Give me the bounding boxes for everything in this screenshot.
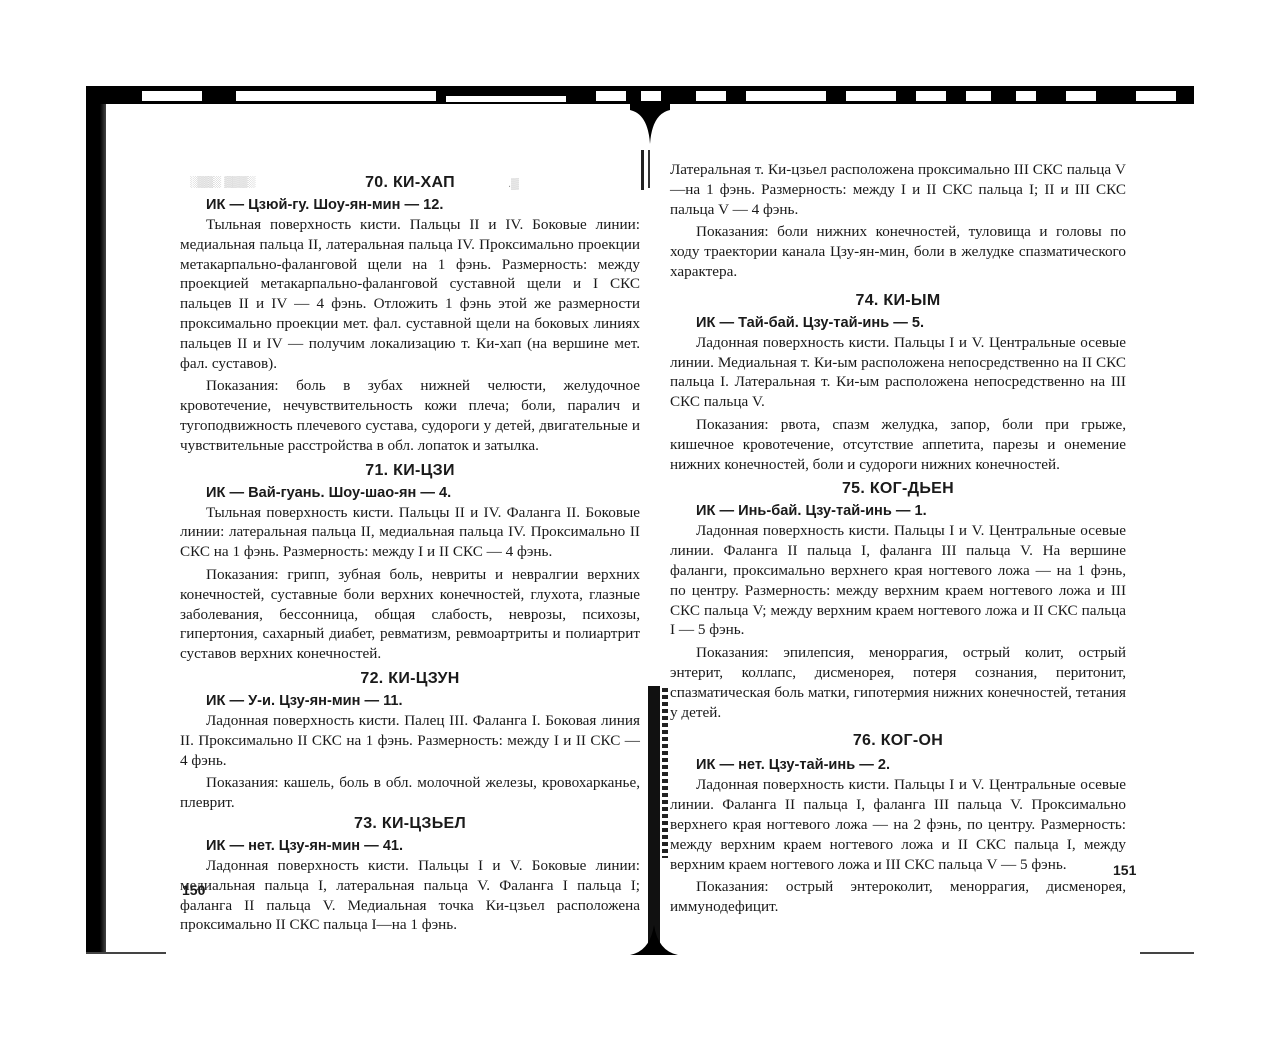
indications-paragraph: Показания: грипп, зубная боль, невриты и… — [180, 565, 640, 664]
scan-bottom-edge — [1140, 952, 1194, 954]
section-74: 74. КИ-ЫМ ИК — Тай-бай. Цзу-тай-инь — 5.… — [670, 290, 1126, 475]
ik-line: ИК — Вай-гуань. Шоу-шао-ян — 4. — [206, 484, 640, 503]
continuation-73: Латеральная т. Ки-цзьел расположена прок… — [670, 160, 1126, 282]
description-paragraph: Ладонная поверхность кисти. Пальцы I и V… — [670, 521, 1126, 640]
description-paragraph: Ладонная поверхность кисти. Пальцы I и V… — [180, 856, 640, 935]
section-73: 73. КИ-ЦЗЬЕЛ ИК — нет. Цзу-ян-мин — 41. … — [180, 813, 640, 935]
scan-left-border — [86, 104, 106, 954]
ik-line: ИК — У-и. Цзу-ян-мин — 11. — [206, 692, 640, 711]
spine-curve-top — [630, 104, 670, 144]
section-70: 70. КИ-ХАП ИК — Цзюй-гу. Шоу-ян-мин — 12… — [180, 172, 640, 456]
description-paragraph: Ладонная поверхность кисти. Палец III. Ф… — [180, 711, 640, 770]
section-title: 71. КИ-ЦЗИ — [180, 460, 640, 482]
section-76: 76. КОГ-ОН ИК — нет. Цзу-тай-инь — 2. Ла… — [670, 730, 1126, 917]
section-title: 75. КОГ-ДЬЕН — [670, 478, 1126, 500]
section-title: 70. КИ-ХАП — [180, 172, 640, 194]
indications-paragraph: Показания: рвота, спазм желудка, запор, … — [670, 415, 1126, 474]
section-75: 75. КОГ-ДЬЕН ИК — Инь-бай. Цзу-тай-инь —… — [670, 478, 1126, 722]
description-paragraph: Тыльная поверхность кисти. Пальцы II и I… — [180, 215, 640, 373]
spine-mark — [648, 150, 650, 188]
section-72: 72. КИ-ЦЗУН ИК — У-и. Цзу-ян-мин — 11. Л… — [180, 668, 640, 813]
ik-line: ИК — Тай-бай. Цзу-тай-инь — 5. — [696, 314, 1126, 333]
ik-line: ИК — Цзюй-гу. Шоу-ян-мин — 12. — [206, 196, 640, 215]
indications-paragraph: Показания: острый энтероколит, менорраги… — [670, 877, 1126, 917]
book-spine-shadow — [648, 686, 660, 954]
indications-paragraph: Показания: кашель, боль в обл. молочной … — [180, 773, 640, 813]
right-page: Латеральная т. Ки-цзьел расположена прок… — [670, 160, 1126, 917]
description-paragraph: Ладонная поверхность кисти. Пальцы I и V… — [670, 775, 1126, 874]
ik-line: ИК — нет. Цзу-ян-мин — 41. — [206, 837, 640, 856]
section-title: 72. КИ-ЦЗУН — [180, 668, 640, 690]
indications-paragraph: Показания: боли нижних конечностей, туло… — [670, 222, 1126, 281]
ik-line: ИК — нет. Цзу-тай-инь — 2. — [696, 756, 1126, 775]
ik-line: ИК — Инь-бай. Цзу-тай-инь — 1. — [696, 502, 1126, 521]
spine-mark — [641, 150, 644, 190]
scan-top-border — [86, 86, 1194, 104]
page-number-right: 151 — [1113, 862, 1136, 878]
continuation-paragraph: Латеральная т. Ки-цзьел расположена прок… — [670, 160, 1126, 219]
section-title: 76. КОГ-ОН — [670, 730, 1126, 752]
scan-bottom-edge — [86, 952, 166, 954]
description-paragraph: Тыльная поверхность кисти. Пальцы II и I… — [180, 503, 640, 562]
left-page: 70. КИ-ХАП ИК — Цзюй-гу. Шоу-ян-мин — 12… — [180, 172, 640, 935]
section-title: 74. КИ-ЫМ — [670, 290, 1126, 312]
description-paragraph: Ладонная поверхность кисти. Пальцы I и V… — [670, 333, 1126, 412]
indications-paragraph: Показания: эпилепсия, меноррагия, острый… — [670, 643, 1126, 722]
section-title: 73. КИ-ЦЗЬЕЛ — [180, 813, 640, 835]
indications-paragraph: Показания: боль в зубах нижней челюсти, … — [180, 376, 640, 455]
scan-artifact — [662, 688, 668, 858]
page-number-left: 150 — [182, 882, 205, 898]
section-71: 71. КИ-ЦЗИ ИК — Вай-гуань. Шоу-шао-ян — … — [180, 460, 640, 664]
